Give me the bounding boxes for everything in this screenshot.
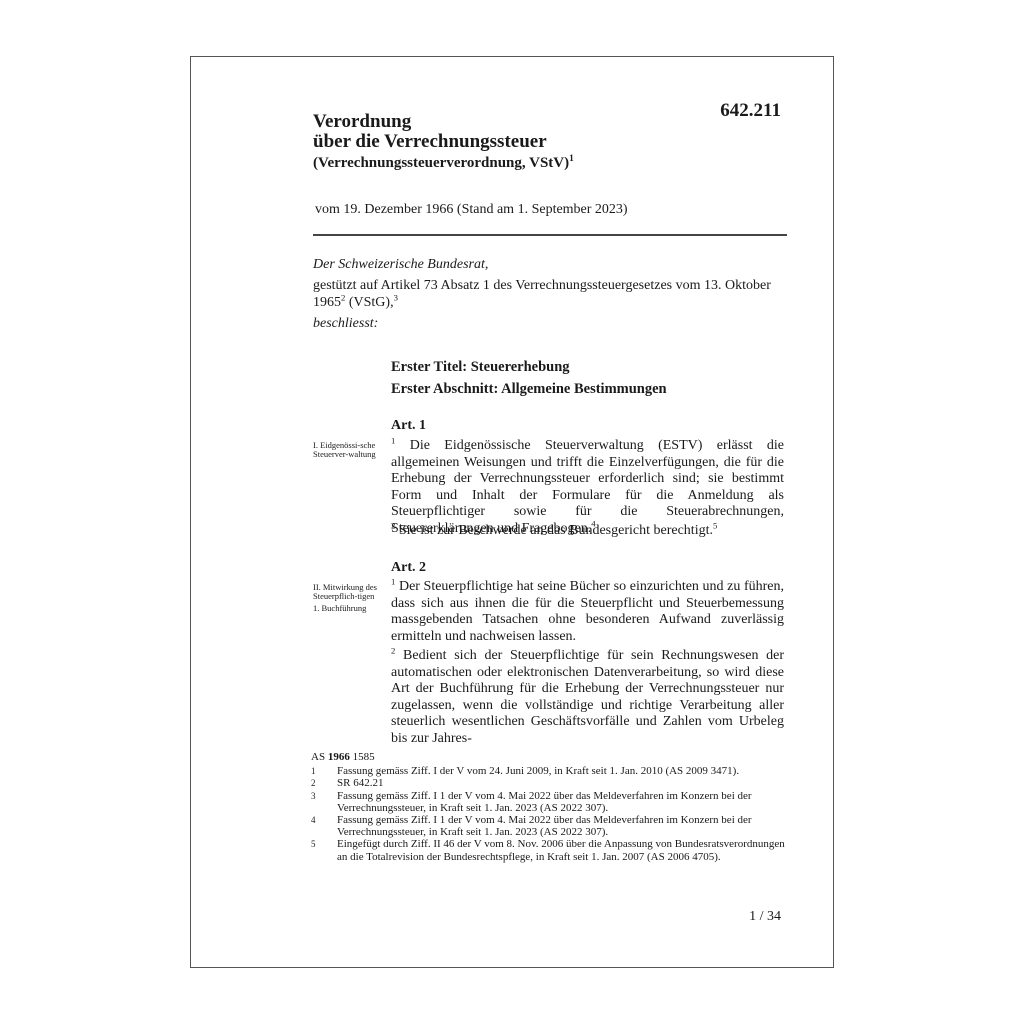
- footnote: 2SR 642.21: [311, 777, 791, 789]
- preamble: Der Schweizerische Bundesrat, gestützt a…: [313, 256, 783, 336]
- page-number: 1 / 34: [749, 909, 781, 925]
- article-1-margin-note: I. Eidgenössi-sche Steuerver-waltung: [313, 441, 385, 462]
- sr-number: 642.211: [720, 100, 781, 122]
- source-reference: AS 1966 1585: [311, 751, 791, 763]
- divider: [313, 234, 787, 236]
- article-2-label: Art. 2: [391, 560, 426, 576]
- footnotes: AS 1966 1585 1Fassung gemäss Ziff. I der…: [311, 751, 791, 863]
- authority: Der Schweizerische Bundesrat,: [313, 256, 783, 273]
- article-1-label: Art. 1: [391, 418, 426, 434]
- date-line: vom 19. Dezember 1966 (Stand am 1. Septe…: [315, 202, 628, 218]
- footnote: 4Fassung gemäss Ziff. I 1 der V vom 4. M…: [311, 814, 791, 838]
- title-heading: Erster Titel: Steuererhebung: [391, 359, 570, 376]
- section-heading: Erster Abschnitt: Allgemeine Bestimmunge…: [391, 381, 667, 398]
- footnote-ref[interactable]: 3: [394, 292, 398, 302]
- article-2-paragraph-2: 2 Bedient sich der Steuerpflichtige für …: [391, 648, 784, 748]
- footnote-ref[interactable]: 1: [569, 154, 574, 164]
- document-title: Verordnung über die Verrechnungssteuer: [313, 112, 547, 152]
- article-2-paragraph-1: 1 Der Steuerpflichtige hat seine Bücher …: [391, 579, 784, 645]
- footnote-ref[interactable]: 5: [713, 520, 717, 530]
- legal-basis: gestützt auf Artikel 73 Absatz 1 des Ver…: [313, 277, 783, 311]
- document-page: 642.211 Verordnung über die Verrechnungs…: [190, 56, 834, 968]
- decides: beschliesst:: [313, 315, 783, 332]
- footnote: 5Eingefügt durch Ziff. II 46 der V vom 8…: [311, 838, 791, 862]
- article-1-paragraph-2: 2 Sie ist zur Beschwerde an das Bundesge…: [391, 523, 784, 540]
- article-2-margin-note: II. Mitwirkung des Steuerpflich-tigen 1.…: [313, 583, 385, 616]
- document-subtitle: (Verrechnungssteuerverordnung, VStV)1: [313, 155, 574, 172]
- footnote: 3Fassung gemäss Ziff. I 1 der V vom 4. M…: [311, 790, 791, 814]
- footnote: 1Fassung gemäss Ziff. I der V vom 24. Ju…: [311, 765, 791, 777]
